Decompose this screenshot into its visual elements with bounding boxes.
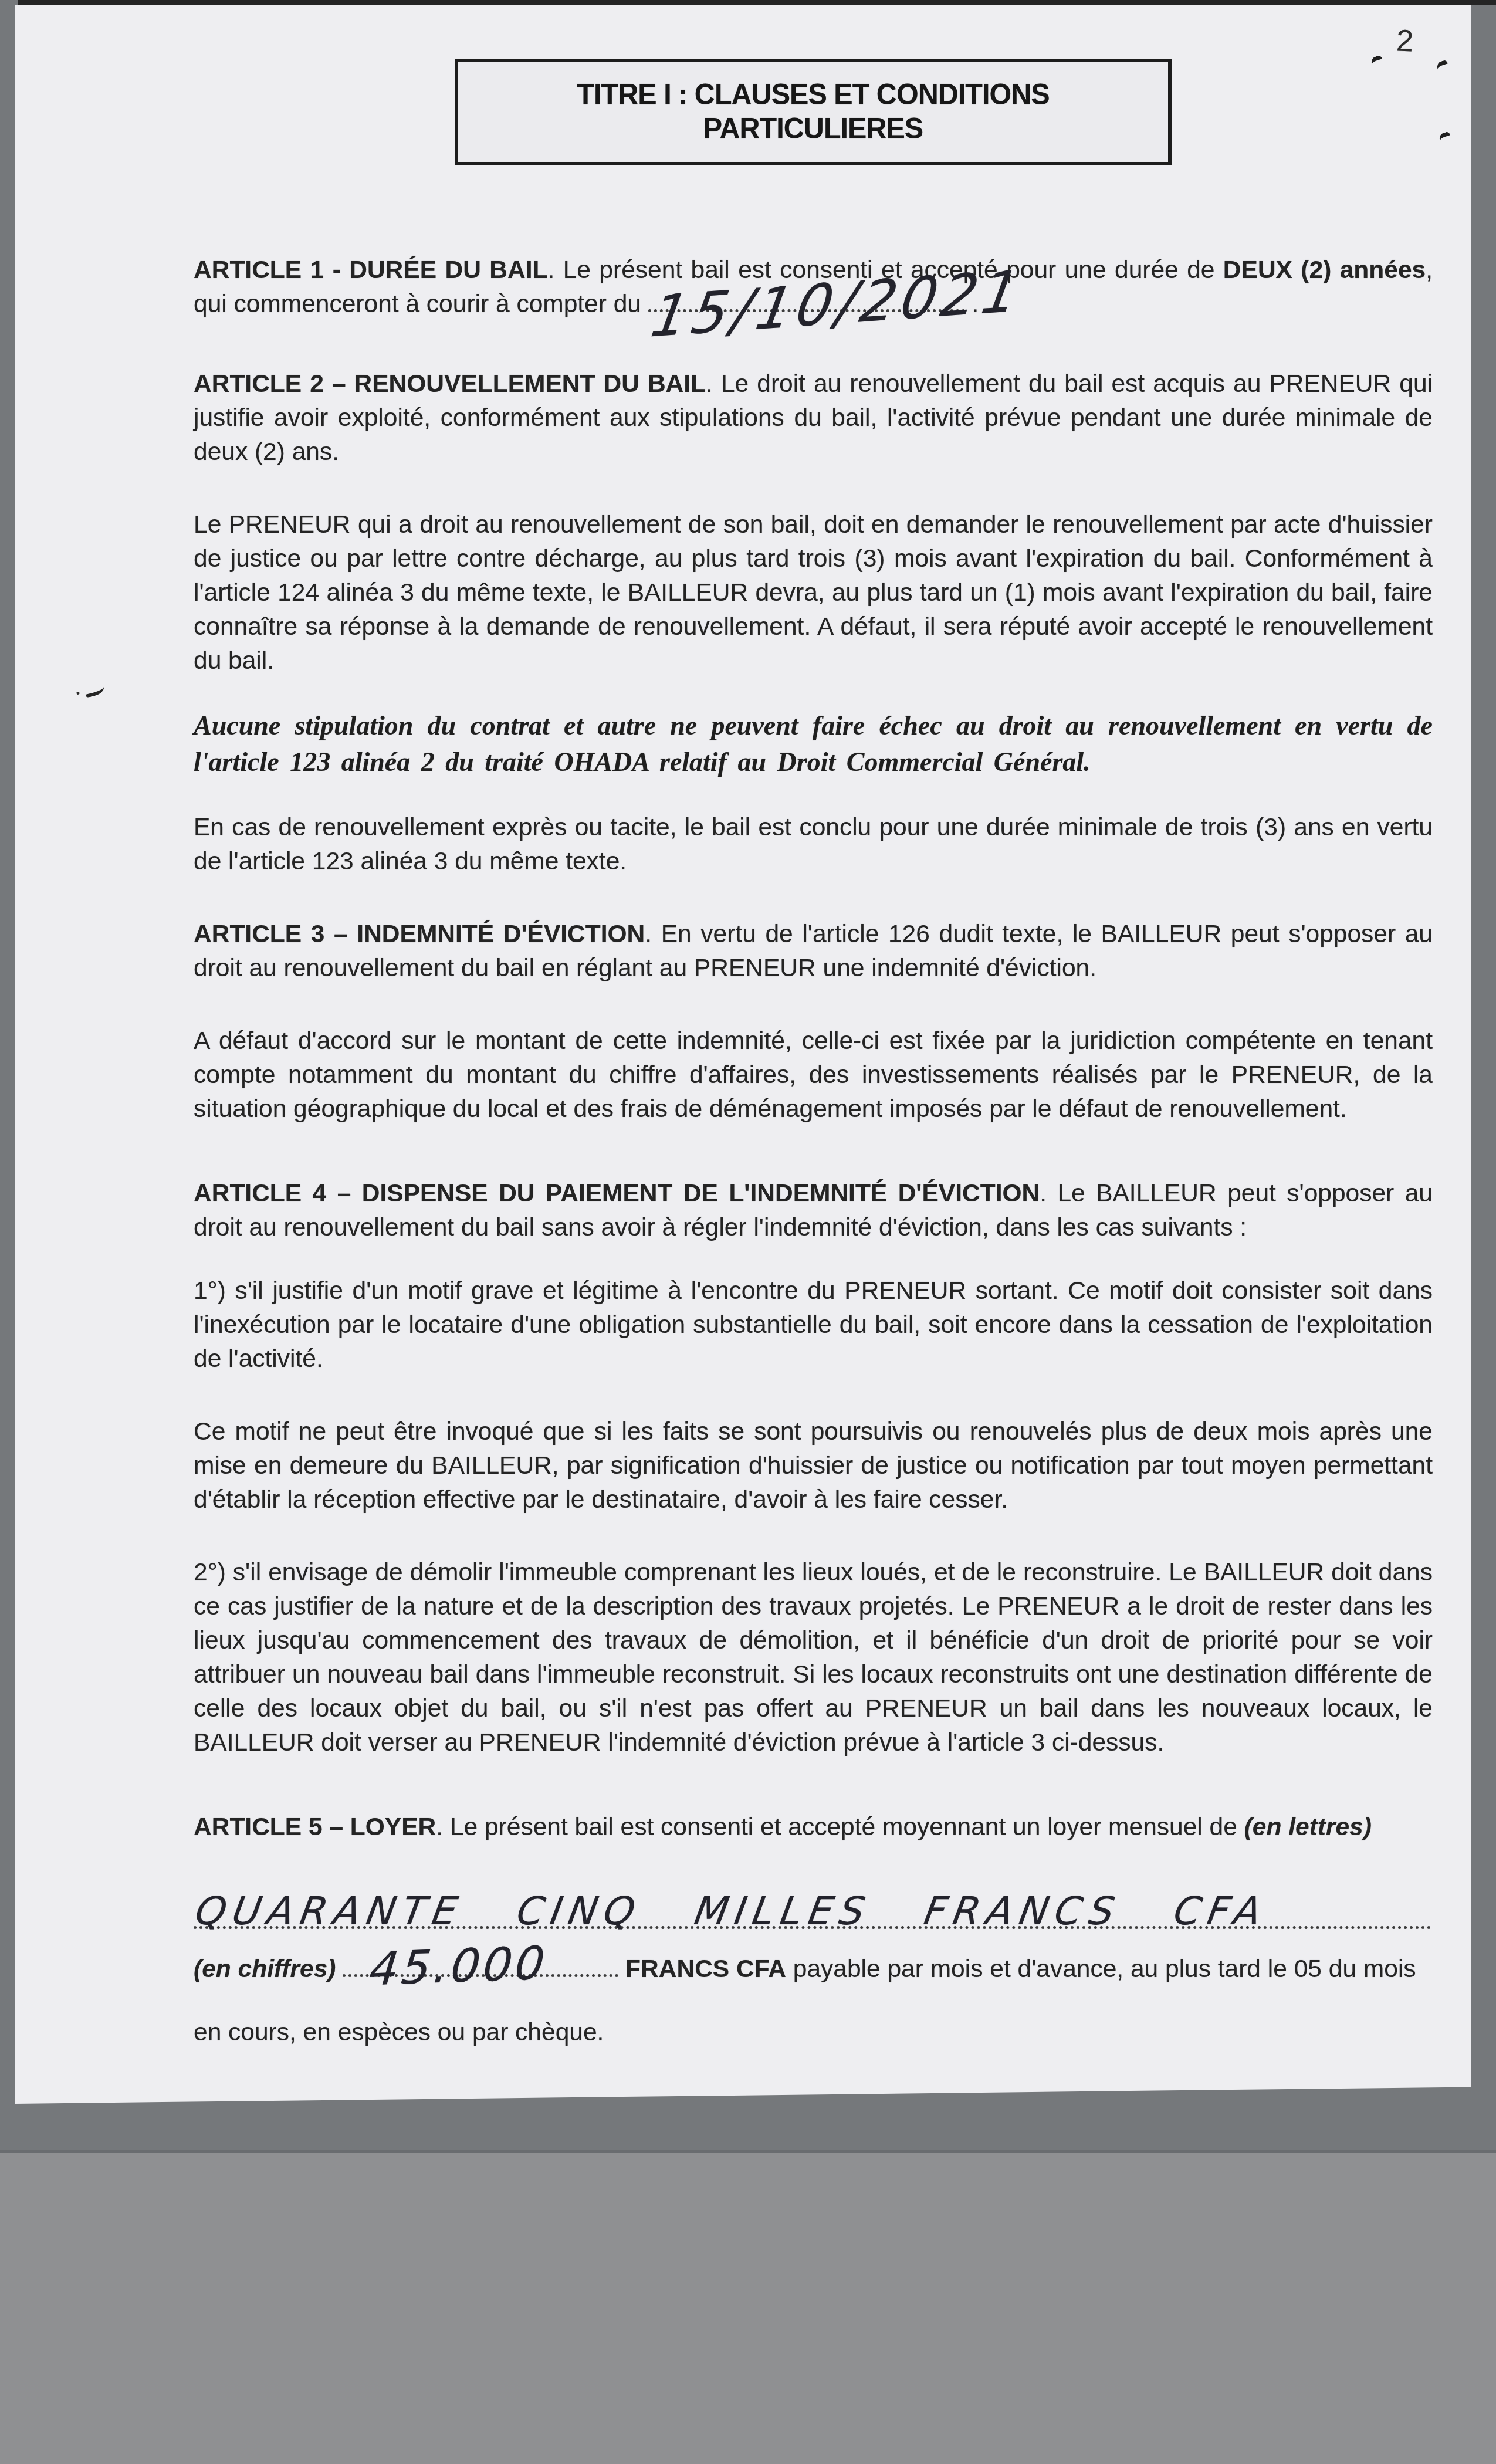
handwritten-amount-row: QUARANTE CINQ MILLES FRANCS CFA [194,1874,1433,1935]
scanned-page: 2 TITRE I : CLAUSES ET CONDITIONS PARTIC… [15,5,1471,2104]
bold-text-run: (en lettres) [1244,1813,1372,1841]
article-3: ARTICLE 3 – INDEMNITÉ D'ÉVICTION. En ver… [194,918,1433,986]
bold-text-run: ARTICLE 2 – RENOUVELLEMENT DU BAIL [194,370,706,398]
paragraph-motif-grave: 1°) s'il justifie d'un motif grave et lé… [194,1274,1433,1376]
title-box: TITRE I : CLAUSES ET CONDITIONS PARTICUL… [455,59,1172,165]
dotted-line: QUARANTE CINQ MILLES FRANCS CFA [194,1917,1431,1929]
bold-text-run: DEUX (2) années [1223,256,1426,284]
handwritten-text: 45.000 [368,1947,549,1987]
bold-text-run: (en chiffres) [194,1955,336,1983]
article-2: ARTICLE 2 – RENOUVELLEMENT DU BAIL. Le d… [194,367,1433,469]
bold-text-run: ARTICLE 3 – INDEMNITÉ D'ÉVICTION [194,920,645,948]
paragraph-paiement-mode: en cours, en espèces ou par chèque. [194,2016,1433,2050]
text-run [336,1955,343,1983]
text-run: . Le présent bail est consenti et accept… [436,1813,1244,1841]
text-run: Ce motif ne peut être invoqué que si les… [194,1418,1433,1514]
text-run: payable par mois et d'avance, au plus ta… [786,1955,1416,1983]
text-run: en cours, en espèces ou par chèque. [194,2019,604,2046]
text-run: 1°) s'il justifie d'un motif grave et lé… [194,1277,1433,1373]
bold-text-run: FRANCS CFA [625,1955,786,1983]
text-run: Aucune stipulation du contrat et autre n… [194,710,1433,777]
clause-ohada: Aucune stipulation du contrat et autre n… [194,708,1433,780]
scan-top-edge [18,0,1496,5]
paragraph-demolition: 2°) s'il envisage de démolir l'immeuble … [194,1556,1433,1760]
bold-text-run: ARTICLE 4 – DISPENSE DU PAIEMENT DE L'IN… [194,1180,1040,1207]
text-run: A défaut d'accord sur le montant de cett… [194,1027,1433,1123]
dotted-line: 45.000 [343,1965,618,1977]
handwritten-text: 15/10/2021 [649,273,1025,334]
paragraph-preneur-renouvellement: Le PRENEUR qui a droit au renouvellement… [194,508,1433,678]
article-1: ARTICLE 1 - DURÉE DU BAIL. Le présent ba… [194,253,1433,321]
paragraph-indemnite-montant: A défaut d'accord sur le montant de cett… [194,1024,1433,1126]
dotted-line: 15/10/2021 [648,300,965,312]
text-run: En cas de renouvellement exprès ou tacit… [194,814,1433,875]
paragraph-mise-en-demeure: Ce motif ne peut être invoqué que si les… [194,1415,1433,1517]
article-4: ARTICLE 4 – DISPENSE DU PAIEMENT DE L'IN… [194,1177,1433,1245]
text-run [618,1955,625,1983]
article-5: ARTICLE 5 – LOYER. Le présent bail est c… [194,1810,1433,1844]
page-title: TITRE I : CLAUSES ET CONDITIONS PARTICUL… [475,77,1152,145]
paragraph-en-chiffres: (en chiffres) 45.000 FRANCS CFA payable … [194,1952,1433,1986]
paragraphs-container: ARTICLE 1 - DURÉE DU BAIL. Le présent ba… [194,253,1433,2050]
page-content: TITRE I : CLAUSES ET CONDITIONS PARTICUL… [15,59,1471,2050]
paragraph-renouvellement-expres: En cas de renouvellement exprès ou tacit… [194,811,1433,879]
bold-text-run: ARTICLE 1 - DURÉE DU BAIL [194,256,547,284]
page-number: 2 [1396,23,1414,59]
bold-text-run: ARTICLE 5 – LOYER [194,1813,436,1841]
text-run: Le PRENEUR qui a droit au renouvellement… [194,511,1433,675]
handwritten-text: QUARANTE CINQ MILLES FRANCS CFA [193,1894,1270,1928]
text-run: 2°) s'il envisage de démolir l'immeuble … [194,1559,1433,1756]
